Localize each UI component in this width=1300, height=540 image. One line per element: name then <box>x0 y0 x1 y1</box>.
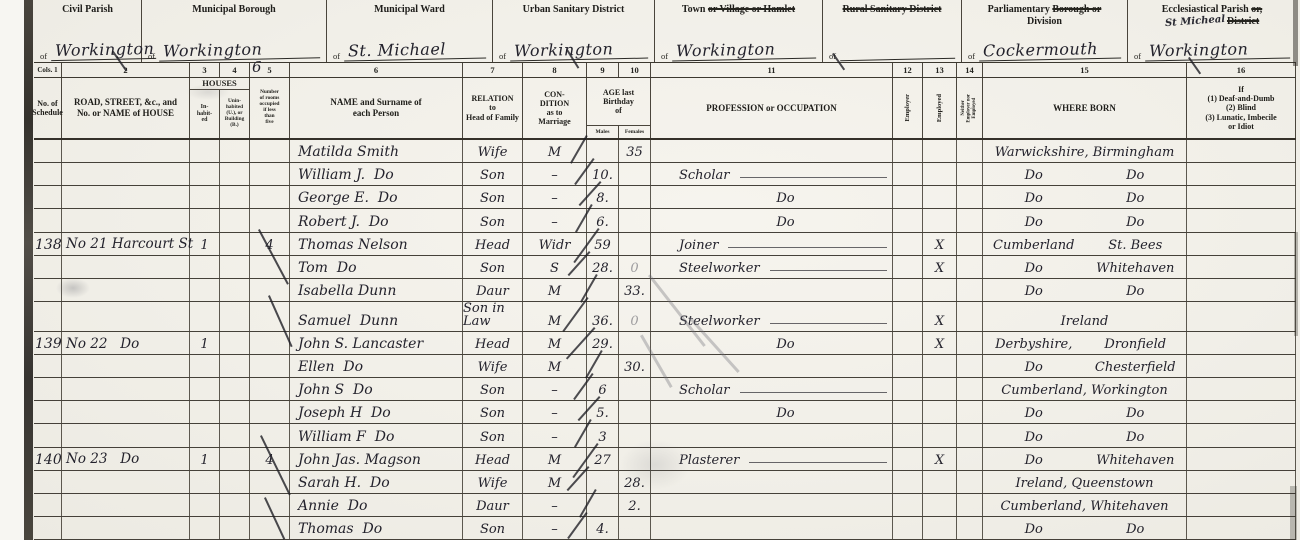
name-cell: John S Do <box>290 378 463 400</box>
name-cell: Samuel Dunn <box>290 302 463 331</box>
schedule-cell <box>34 517 62 539</box>
census-row: John S DoSon–6ScholarCumberland, Working… <box>34 378 1296 401</box>
age-male-cell: 4. <box>587 517 619 539</box>
schedule-cell <box>34 163 62 185</box>
born-text: Do <box>983 361 1085 374</box>
uninhabited-cell <box>220 140 250 162</box>
condition-cell: M <box>523 332 587 354</box>
neither-cell <box>957 355 983 377</box>
uninhabited-cell <box>220 424 250 446</box>
infirmity-cell <box>1187 140 1296 162</box>
relation-cell: Head <box>463 332 523 354</box>
occupation-text: Do <box>748 216 794 229</box>
condition-cell: – <box>523 517 587 539</box>
born-text: Do <box>983 169 1085 182</box>
uninhabited-cell <box>220 378 250 400</box>
neither-cell <box>957 256 983 278</box>
employed-cell: X <box>923 448 957 470</box>
employed-cell: X <box>923 256 957 278</box>
header-section-title: Ecclesiastical Parish or,St MichealDistr… <box>1132 4 1292 27</box>
rooms-cell <box>250 378 290 400</box>
age-female-cell: 35 <box>619 140 651 162</box>
neither-cell <box>957 494 983 516</box>
rooms-cell <box>250 209 290 231</box>
census-row: Sarah H. DoWifeM28.Ireland, Queenstown <box>34 471 1296 494</box>
occupation-text: Steelworker <box>651 315 760 328</box>
col-header-relation: RELATION to Head of Family <box>463 78 523 138</box>
born-text: Do <box>1085 169 1187 182</box>
pen-rule <box>728 247 887 248</box>
occupation-cell: Joiner <box>651 233 893 255</box>
uninhabited-cell <box>220 517 250 539</box>
column-number: 15 <box>983 63 1187 77</box>
schedule-cell <box>34 256 62 278</box>
header-section-title: Civil Parish <box>38 4 137 16</box>
age-female-cell: 0 <box>619 302 651 331</box>
census-row: Joseph H DoSon–5.DoDoDo <box>34 401 1296 424</box>
road-cell: No 23 Do <box>62 448 190 470</box>
inhabited-cell <box>190 401 220 423</box>
employed-cell <box>923 471 957 493</box>
census-sheet: Civil Parish ofWorkingtonMunicipal Borou… <box>0 0 1300 540</box>
col-header-age-males: Males <box>587 126 619 138</box>
infirmity-cell <box>1187 233 1296 255</box>
born-text: Cumberland, Workington <box>983 384 1186 397</box>
neither-cell <box>957 401 983 423</box>
born-text: Do <box>983 285 1085 298</box>
name-cell: George E. Do <box>290 186 463 208</box>
pencil-mark: 0 <box>630 315 638 328</box>
employer-cell <box>893 448 923 470</box>
road-cell <box>62 209 190 231</box>
header-section: Municipal Ward ofSt. Michael <box>327 0 493 62</box>
infirmity-cell <box>1187 378 1296 400</box>
occupation-text: Steelworker <box>651 262 760 275</box>
road-cell <box>62 401 190 423</box>
relation-cell: Son <box>463 401 523 423</box>
handwritten-entry: St. Michael <box>344 41 486 62</box>
infirmity-cell <box>1187 256 1296 278</box>
age-male-cell: 10. <box>587 163 619 185</box>
employer-cell <box>893 209 923 231</box>
header-section-entry: ofWorkington <box>38 42 137 60</box>
where-born-cell: Derbyshire,Dronfield <box>983 332 1187 354</box>
census-row: Annie DoDaur–2.Cumberland, Whitehaven <box>34 494 1296 517</box>
age-male-cell: 29. <box>587 332 619 354</box>
employer-cell <box>893 186 923 208</box>
born-text: Do <box>983 431 1085 444</box>
col-header-infirmity: If (1) Deaf-and-Dumb (2) Blind (3) Lunat… <box>1187 78 1296 138</box>
employer-cell <box>893 140 923 162</box>
employed-cell: X <box>923 233 957 255</box>
age-female-cell <box>619 448 651 470</box>
occupation-cell: Scholar <box>651 163 893 185</box>
condition-cell: S <box>523 256 587 278</box>
col-header-employed: Employed <box>923 78 957 138</box>
header-band: Civil Parish ofWorkingtonMunicipal Borou… <box>34 0 1296 62</box>
road-cell: No 21 Harcourt St <box>62 233 190 255</box>
employer-cell <box>893 279 923 301</box>
neither-cell <box>957 332 983 354</box>
schedule-cell <box>34 494 62 516</box>
occupation-cell: Do <box>651 209 893 231</box>
header-section-title: Urban Sanitary District <box>497 4 650 16</box>
employed-cell <box>923 424 957 446</box>
neither-vertical-label: Neither Employer nor Employed <box>961 94 978 123</box>
employer-cell <box>893 302 923 331</box>
employer-cell <box>893 332 923 354</box>
born-text: Ireland <box>983 315 1186 328</box>
name-cell: Sarah H. Do <box>290 471 463 493</box>
neither-cell <box>957 378 983 400</box>
col-header-profession: PROFESSION or OCCUPATION <box>651 78 893 138</box>
condition-cell: – <box>523 494 587 516</box>
condition-cell: M <box>523 355 587 377</box>
census-row: George E. DoSon–8.DoDoDo <box>34 186 1296 209</box>
header-section-title: Municipal Ward <box>331 4 488 16</box>
born-text: Do <box>1085 285 1187 298</box>
infirmity-cell <box>1187 209 1296 231</box>
age-male-cell: 36. <box>587 302 619 331</box>
employer-cell <box>893 401 923 423</box>
born-text: Ireland, Queenstown <box>983 477 1186 490</box>
header-section-entry: of <box>827 42 957 60</box>
occupation-cell: Do <box>651 332 893 354</box>
overwritten-column-number: 6 <box>252 58 262 76</box>
relation-cell: Wife <box>463 471 523 493</box>
born-text: Do <box>983 454 1085 467</box>
born-text: Derbyshire, <box>983 338 1085 351</box>
born-text: Whitehaven <box>1085 454 1187 467</box>
road-cell <box>62 494 190 516</box>
neither-cell <box>957 424 983 446</box>
rooms-cell <box>250 163 290 185</box>
pen-rule <box>740 177 887 178</box>
census-row: 138No 21 Harcourt St14Thomas NelsonHeadW… <box>34 233 1296 256</box>
condition-cell: M <box>523 471 587 493</box>
header-section-title: Town or Village or Hamlet <box>659 4 818 16</box>
header-section: Municipal Borough ofWorkington <box>142 0 327 62</box>
houses-label: HOUSES <box>190 78 249 90</box>
neither-cell <box>957 302 983 331</box>
road-cell <box>62 140 190 162</box>
header-section-entry: ofWorkington <box>146 42 322 60</box>
infirmity-cell <box>1187 471 1296 493</box>
col-header-age: AGE last Birthday of Males Females <box>587 78 651 138</box>
col-header-uninhabited: Unin- habited (U.), or Building (B.) <box>220 90 249 138</box>
inhabited-cell <box>190 302 220 331</box>
road-cell <box>62 302 190 331</box>
age-female-cell: 0 <box>619 256 651 278</box>
born-text: Do <box>1085 523 1187 536</box>
header-section-title: Parliamentary Borough orDivision <box>966 4 1123 27</box>
inhabited-cell <box>190 494 220 516</box>
census-table-body: Matilda SmithWifeM35Warwickshire, Birmin… <box>34 140 1296 540</box>
condition-cell: M <box>523 448 587 470</box>
handwritten-entry: Workington <box>51 41 157 61</box>
condition-cell: M <box>523 302 587 331</box>
uninhabited-cell <box>220 233 250 255</box>
census-row: Thomas DoSon–4.DoDo <box>34 517 1296 540</box>
infirmity-cell <box>1187 448 1296 470</box>
road-cell <box>62 256 190 278</box>
column-number: 3 <box>190 63 220 77</box>
relation-cell: Son <box>463 378 523 400</box>
where-born-cell: Warwickshire, Birmingham <box>983 140 1187 162</box>
uninhabited-cell <box>220 448 250 470</box>
header-section: Town or Village or HamletofWorkington <box>655 0 823 62</box>
where-born-cell: DoDo <box>983 163 1187 185</box>
road-cell <box>62 163 190 185</box>
name-cell: Thomas Do <box>290 517 463 539</box>
occupation-cell <box>651 355 893 377</box>
handwritten-entry: Workington <box>1145 41 1290 62</box>
infirmity-cell <box>1187 424 1296 446</box>
column-number: 10 <box>619 63 651 77</box>
employed-cell <box>923 140 957 162</box>
infirmity-cell <box>1187 355 1296 377</box>
infirmity-cell <box>1187 163 1296 185</box>
column-number: 7 <box>463 63 523 77</box>
rooms-cell <box>250 140 290 162</box>
of-label: of <box>968 52 975 61</box>
where-born-cell: DoDo <box>983 209 1187 231</box>
occupation-cell <box>651 517 893 539</box>
schedule-cell: 138 <box>34 233 62 255</box>
col-header-houses: HOUSES In- habit- ed Unin- habited (U.),… <box>190 78 250 138</box>
employer-cell <box>893 471 923 493</box>
pen-rule <box>749 462 887 463</box>
where-born-cell: DoChesterfield <box>983 355 1187 377</box>
occupation-text: Do <box>748 338 794 351</box>
born-text: Do <box>983 407 1085 420</box>
age-male-cell: 28. <box>587 256 619 278</box>
pen-rule <box>740 392 887 393</box>
binding-edge <box>24 0 33 540</box>
uninhabited-cell <box>220 279 250 301</box>
employer-cell <box>893 163 923 185</box>
schedule-cell <box>34 401 62 423</box>
column-numbers-row: Cols. 12345678910111213141516 <box>34 62 1296 78</box>
where-born-cell: DoDo <box>983 186 1187 208</box>
occupation-text: Scholar <box>651 169 730 182</box>
employed-cell: X <box>923 332 957 354</box>
infirmity-cell <box>1187 279 1296 301</box>
schedule-cell <box>34 302 62 331</box>
age-female-cell: 33. <box>619 279 651 301</box>
relation-cell: Head <box>463 448 523 470</box>
col-header-inhabited: In- habit- ed <box>190 90 220 138</box>
handwritten-entry: Cockermouth <box>979 41 1121 62</box>
employed-cell <box>923 517 957 539</box>
schedule-cell: 139 <box>34 332 62 354</box>
born-text: Do <box>1085 431 1187 444</box>
uninhabited-cell <box>220 471 250 493</box>
pen-rule <box>770 270 887 271</box>
relation-cell: Wife <box>463 140 523 162</box>
column-number: 6 <box>290 63 463 77</box>
employer-cell <box>893 355 923 377</box>
age-female-cell <box>619 233 651 255</box>
col-header-where-born: WHERE BORN <box>983 78 1187 138</box>
census-row: 140No 23 Do14John Jas. MagsonHeadM27Plas… <box>34 448 1296 471</box>
where-born-cell: Cumberland, Workington <box>983 378 1187 400</box>
occupation-cell <box>651 140 893 162</box>
where-born-cell: DoDo <box>983 424 1187 446</box>
age-male-cell: 3 <box>587 424 619 446</box>
relation-cell: Son <box>463 424 523 446</box>
where-born-cell: DoWhitehaven <box>983 256 1187 278</box>
census-row: William J. DoSon–10.ScholarDoDo <box>34 163 1296 186</box>
age-female-cell: 30. <box>619 355 651 377</box>
road-cell <box>62 279 190 301</box>
employed-cell <box>923 378 957 400</box>
name-cell: Ellen Do <box>290 355 463 377</box>
where-born-cell: DoDo <box>983 517 1187 539</box>
inhabited-cell <box>190 378 220 400</box>
col-header-neither: Neither Employer nor Employed <box>957 78 983 138</box>
infirmity-cell <box>1187 302 1296 331</box>
uninhabited-cell <box>220 494 250 516</box>
header-section: Civil Parish ofWorkington <box>34 0 142 62</box>
employed-cell <box>923 163 957 185</box>
column-headers-row: No. of Schedule ROAD, STREET, &c., and N… <box>34 78 1296 140</box>
age-female-cell <box>619 209 651 231</box>
age-female-cell <box>619 401 651 423</box>
condition-cell: Widr <box>523 233 587 255</box>
born-text: Cumberland <box>983 239 1085 252</box>
schedule-cell <box>34 424 62 446</box>
schedule-cell <box>34 471 62 493</box>
handwritten-entry: Workington <box>159 41 320 62</box>
inhabited-cell <box>190 355 220 377</box>
born-text: Chesterfield <box>1085 361 1187 374</box>
infirmity-cell <box>1187 494 1296 516</box>
of-label: of <box>40 52 47 61</box>
census-row: Matilda SmithWifeM35Warwickshire, Birmin… <box>34 140 1296 163</box>
where-born-cell: Ireland, Queenstown <box>983 471 1187 493</box>
occupation-text: Do <box>748 192 794 205</box>
name-cell: John Jas. Magson <box>290 448 463 470</box>
born-text: Do <box>983 192 1085 205</box>
inhabited-cell <box>190 256 220 278</box>
relation-cell: Daur <box>463 494 523 516</box>
scan-edge-artifact <box>1294 232 1298 336</box>
header-section-entry: ofWorkington <box>497 42 650 60</box>
col-header-name: NAME and Surname of each Person <box>290 78 463 138</box>
occupation-text: Plasterer <box>651 454 739 467</box>
employer-cell <box>893 256 923 278</box>
uninhabited-cell <box>220 401 250 423</box>
relation-cell: Son <box>463 209 523 231</box>
header-section-entry: ofWorkington <box>1132 42 1292 60</box>
occupation-cell <box>651 494 893 516</box>
condition-cell: M <box>523 279 587 301</box>
schedule-cell <box>34 355 62 377</box>
age-female-cell <box>619 186 651 208</box>
employer-cell <box>893 424 923 446</box>
inhabited-cell: 1 <box>190 332 220 354</box>
header-section: Parliamentary Borough orDivisionofCocker… <box>962 0 1128 62</box>
occupation-cell <box>651 279 893 301</box>
employer-cell <box>893 494 923 516</box>
where-born-cell: CumberlandSt. Bees <box>983 233 1187 255</box>
born-text: Do <box>1085 407 1187 420</box>
schedule-cell <box>34 140 62 162</box>
pencil-mark: 0 <box>630 262 638 275</box>
inhabited-cell <box>190 471 220 493</box>
header-section: Ecclesiastical Parish or,St MichealDistr… <box>1128 0 1296 62</box>
column-number: 16 <box>1187 63 1296 77</box>
uninhabited-cell <box>220 355 250 377</box>
rooms-cell <box>250 424 290 446</box>
employed-cell <box>923 209 957 231</box>
neither-cell <box>957 163 983 185</box>
age-female-cell <box>619 378 651 400</box>
column-number: 12 <box>893 63 923 77</box>
col-header-rooms: Number of rooms occupied if less than fi… <box>250 78 290 138</box>
of-label: of <box>148 52 155 61</box>
of-label: of <box>499 52 506 61</box>
of-label: of <box>661 52 668 61</box>
occupation-text: Scholar <box>651 384 730 397</box>
name-cell: Isabella Dunn <box>290 279 463 301</box>
employed-cell <box>923 279 957 301</box>
inhabited-cell <box>190 517 220 539</box>
name-cell: Tom Do <box>290 256 463 278</box>
uninhabited-cell <box>220 186 250 208</box>
inhabited-cell <box>190 140 220 162</box>
born-text: Whitehaven <box>1085 262 1187 275</box>
col-header-employer: Employer <box>893 78 923 138</box>
road-cell: No 22 Do <box>62 332 190 354</box>
schedule-cell <box>34 186 62 208</box>
column-number: 9 <box>587 63 619 77</box>
born-text: Dronfield <box>1085 338 1187 351</box>
where-born-cell: DoWhitehaven <box>983 448 1187 470</box>
name-cell: William J. Do <box>290 163 463 185</box>
born-text: Warwickshire, Birmingham <box>983 146 1186 159</box>
header-section-title: Municipal Borough <box>146 4 322 16</box>
infirmity-cell <box>1187 517 1296 539</box>
inhabited-cell <box>190 279 220 301</box>
neither-cell <box>957 448 983 470</box>
age-female-cell <box>619 424 651 446</box>
where-born-cell: Cumberland, Whitehaven <box>983 494 1187 516</box>
employed-cell <box>923 401 957 423</box>
occupation-cell: Do <box>651 186 893 208</box>
infirmity-cell <box>1187 401 1296 423</box>
column-number: 13 <box>923 63 957 77</box>
schedule-cell <box>34 279 62 301</box>
pen-rule <box>770 323 887 324</box>
uninhabited-cell <box>220 302 250 331</box>
employer-vertical-label: Employer <box>904 94 911 121</box>
header-section-entry: ofCockermouth <box>966 42 1123 60</box>
col-header-road: ROAD, STREET, &c., and No. or NAME of HO… <box>62 78 190 138</box>
col-header-schedule: No. of Schedule <box>34 78 62 138</box>
scan-edge-artifact <box>1290 486 1297 540</box>
name-cell: Thomas Nelson <box>290 233 463 255</box>
name-cell: William F Do <box>290 424 463 446</box>
condition-cell: – <box>523 378 587 400</box>
born-text: St. Bees <box>1085 239 1187 252</box>
employer-cell <box>893 517 923 539</box>
relation-cell: Son <box>463 517 523 539</box>
header-section-entry: ofWorkington <box>659 42 818 60</box>
neither-cell <box>957 279 983 301</box>
schedule-cell <box>34 209 62 231</box>
